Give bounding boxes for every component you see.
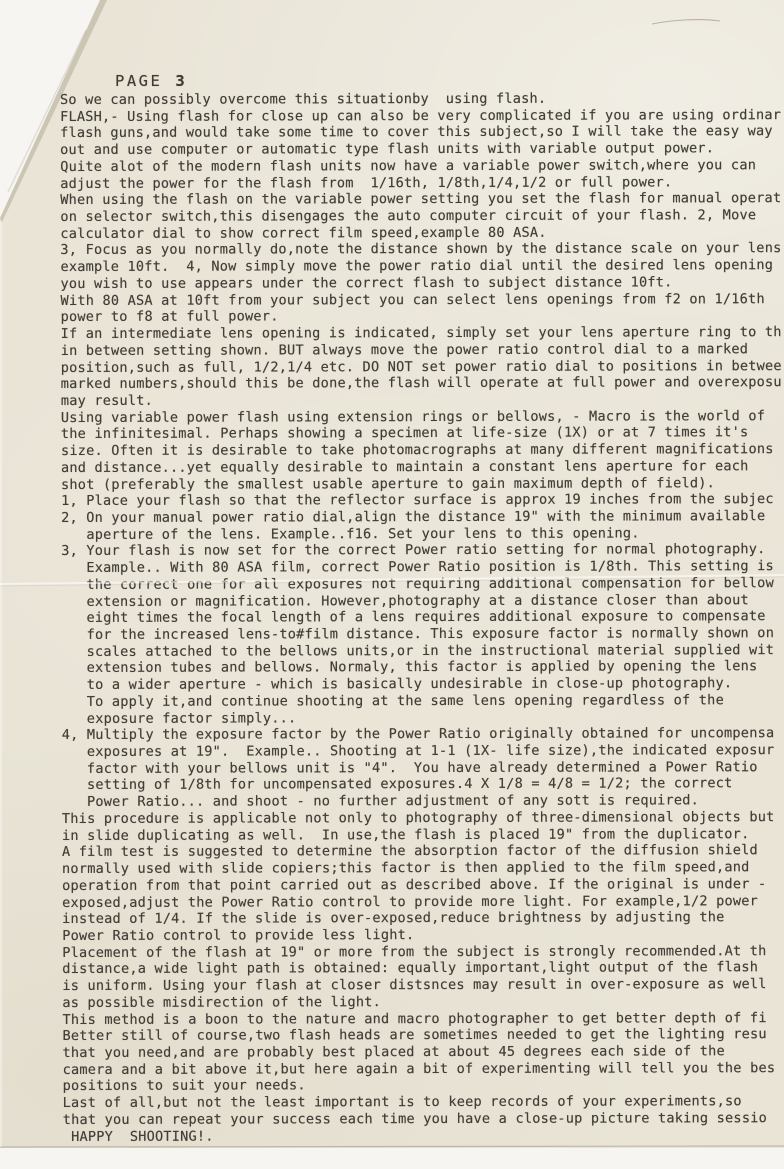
text-line: exposures at 19". Example.. Shooting at … (62, 742, 784, 761)
text-line: is uniform. Using your flash at closer d… (62, 976, 784, 995)
text-line: adjust the power for the flash from 1/16… (60, 174, 784, 193)
text-line: Example.. With 80 ASA film, correct Powe… (61, 558, 784, 577)
text-line: the infinitesimal. Perhaps showing a spe… (61, 424, 784, 443)
text-line: To apply it,and continue shooting at the… (62, 692, 784, 711)
text-line: extension tubes and bellows. Normaly, th… (61, 659, 784, 678)
text-line: Using variable power flash using extensi… (61, 408, 784, 427)
text-line: setting of 1/8th for uncompensated expos… (62, 776, 784, 795)
text-line: exposure factor simply... (62, 709, 784, 728)
text-line: operation from that point carried out as… (62, 876, 784, 895)
text-line: When using the flash on the variable pow… (60, 190, 784, 209)
scanned-page-photo: PAGE3 So we can possibly overcome this s… (0, 0, 784, 1169)
text-line: So we can possibly overcome this situati… (60, 90, 784, 109)
text-line: Power Ratio... and shoot - no further ad… (62, 792, 784, 811)
text-line: If an intermediate lens opening is indic… (61, 324, 784, 343)
text-line: flash guns,and would take some time to c… (60, 124, 784, 143)
text-line: extension or magnification. However,phot… (61, 592, 784, 611)
text-line: instead of 1/4. If the slide is over-exp… (62, 909, 784, 928)
text-line: 2, On your manual power ratio dial,align… (61, 508, 784, 527)
text-line: shot (preferably the smallest usable ape… (61, 475, 784, 494)
text-line: may result. (61, 391, 784, 410)
text-line: This method is a boon to the nature and … (62, 1010, 784, 1029)
text-line: distance,a wide light path is obtained: … (62, 959, 784, 978)
text-line: normally used with slide copiers;this fa… (62, 859, 784, 878)
text-line: scales attached to the bellows units,or … (61, 642, 784, 661)
text-line: that you need,and are probably best plac… (62, 1043, 784, 1062)
text-line: aperture of the lens. Example..f16. Set … (61, 525, 784, 544)
text-line: factor with your bellows unit is "4". Yo… (62, 759, 784, 778)
typewritten-text: So we can possibly overcome this situati… (60, 90, 784, 1152)
paper-sheet: PAGE3 So we can possibly overcome this s… (0, 0, 784, 1169)
text-line: marked numbers,should this be done,the f… (61, 374, 784, 393)
text-line: FLASH,- Using flash for close up can als… (60, 107, 784, 126)
text-line: position,such as full, 1/2,1/4 etc. DO N… (61, 358, 784, 377)
text-line: Quite alot of the modern flash units now… (60, 157, 784, 176)
text-line: HAPPY SHOOTING!. (63, 1127, 784, 1146)
text-line: out and use computer or automatic type f… (60, 140, 784, 159)
text-line: the correct one for all exposures not re… (61, 575, 784, 594)
text-line: positions to suit your needs. (63, 1077, 784, 1096)
text-line: With 80 ASA at 10ft from your subject yo… (61, 291, 784, 310)
page-header: PAGE3 (115, 72, 185, 90)
text-line: Placement of the flash at 19" or more fr… (62, 943, 784, 962)
text-line: A film test is suggested to determine th… (62, 842, 784, 861)
text-line: 3, Your flash is now set for the correct… (61, 542, 784, 561)
text-line: eight times the focal length of a lens r… (61, 608, 784, 627)
text-line: in between setting shown. BUT always mov… (61, 341, 784, 360)
text-line: that you can repeat your success each ti… (63, 1110, 784, 1129)
text-line: you wish to use appears under the correc… (60, 274, 784, 293)
text-line: example 10ft. 4, Now simply move the pow… (60, 257, 784, 276)
text-line: camera and a bit above it,but here again… (63, 1060, 784, 1079)
text-line: Power Ratio control to provide less ligh… (62, 926, 784, 945)
text-line: for the increased lens-to#film distance.… (61, 625, 784, 644)
text-line: Better still of course,two flash heads a… (62, 1026, 784, 1045)
text-line: 4, Multiply the exposure factor by the P… (62, 725, 784, 744)
text-line: calculator dial to show correct film spe… (60, 224, 784, 243)
page-number: 3 (175, 72, 184, 90)
text-line: in slide duplicating as well. In use,the… (62, 826, 784, 845)
text-line: and distance...yet equally desirable to … (61, 458, 784, 477)
text-line: Last of all,but not the least important … (63, 1093, 784, 1112)
text-line: on selector switch,this disengages the a… (60, 207, 784, 226)
text-line: size. Often it is desirable to take phot… (61, 441, 784, 460)
text-line: power to f8 at full power. (61, 307, 784, 326)
page-label: PAGE (115, 72, 162, 90)
text-line: This procedure is applicable not only to… (62, 809, 784, 828)
text-line: 1, Place your flash so that the reflecto… (61, 491, 784, 510)
text-line: as possible misdirection of the light. (62, 993, 784, 1012)
text-line: exposed,adjust the Power Ratio control t… (62, 893, 784, 912)
text-line: 3, Focus as you normally do,note the dis… (60, 241, 784, 260)
text-line: to a wider aperture - which is basically… (62, 675, 784, 694)
